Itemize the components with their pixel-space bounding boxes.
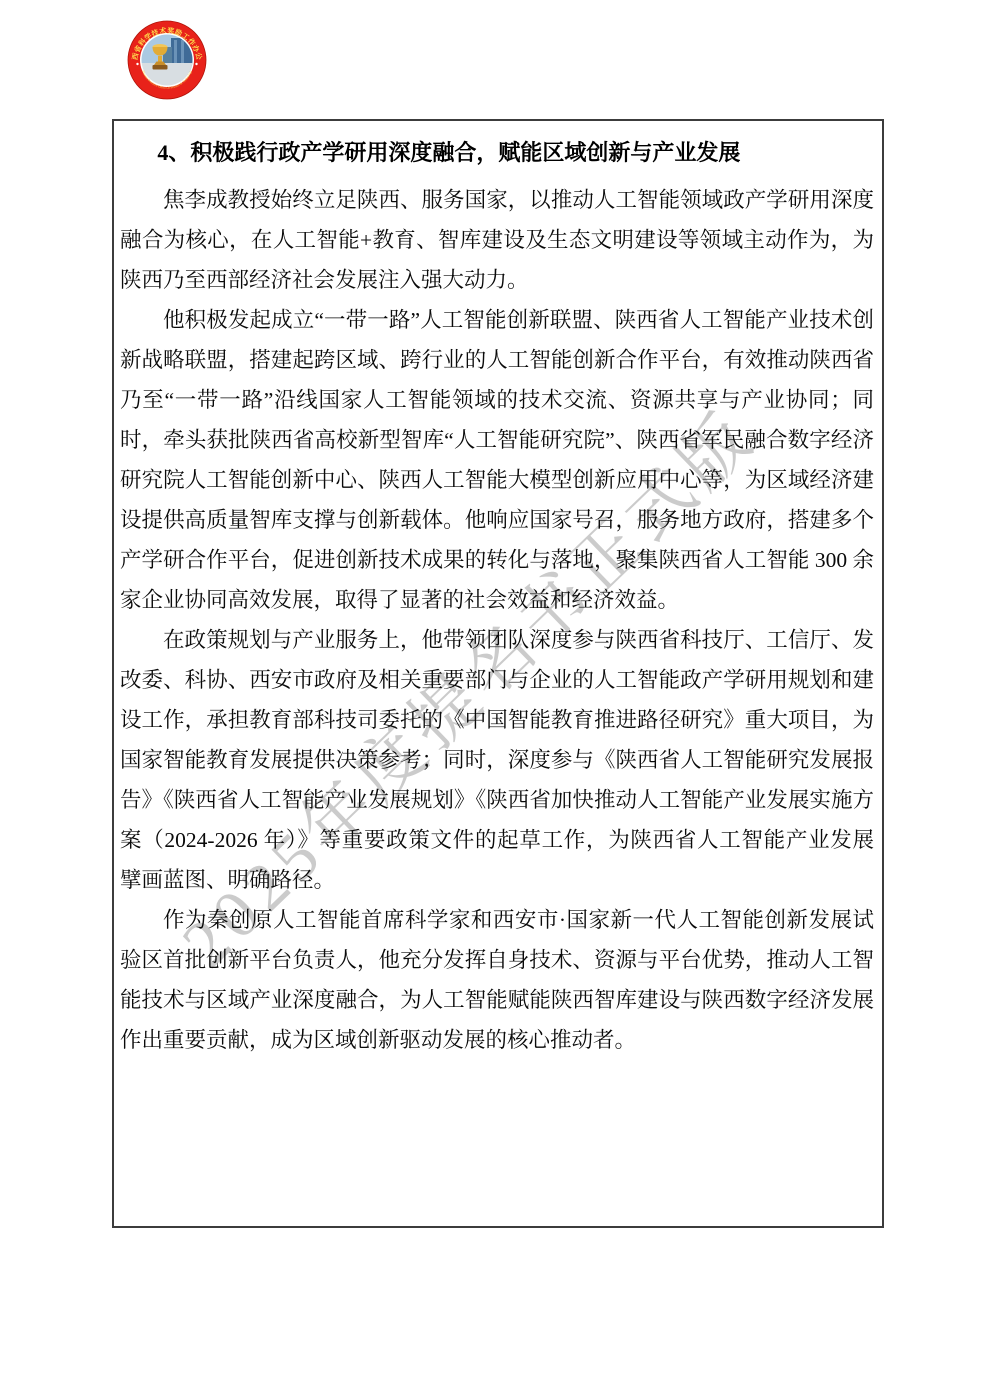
seal-dot-left bbox=[136, 63, 138, 65]
content-inner: 4、积极践行政产学研用深度融合，赋能区域创新与产业发展 焦李成教授始终立足陕西、… bbox=[114, 121, 882, 1060]
paragraph-2: 他积极发起成立“一带一路”人工智能创新联盟、陕西省人工智能产业技术创新战略联盟，… bbox=[120, 300, 874, 620]
award-office-seal-logo: 陕西省科学技术奖励工作办公室 Shaanxi Province Office O… bbox=[127, 20, 207, 100]
paragraph-3: 在政策规划与产业服务上，他带领团队深度参与陕西省科技厅、工信厅、发改委、科协、西… bbox=[120, 620, 874, 900]
content-box: 4、积极践行政产学研用深度融合，赋能区域创新与产业发展 焦李成教授始终立足陕西、… bbox=[112, 119, 884, 1228]
document-page: { "page": {"width": 990, "height": 1399,… bbox=[0, 0, 990, 1399]
section-heading: 4、积极践行政产学研用深度融合，赋能区域创新与产业发展 bbox=[120, 133, 874, 173]
paragraph-1: 焦李成教授始终立足陕西、服务国家，以推动人工智能领域政产学研用深度融合为核心，在… bbox=[120, 180, 874, 300]
paragraph-4: 作为秦创原人工智能首席科学家和西安市·国家新一代人工智能创新发展试验区首批创新平… bbox=[120, 900, 874, 1060]
seal-dot-right bbox=[195, 63, 197, 65]
